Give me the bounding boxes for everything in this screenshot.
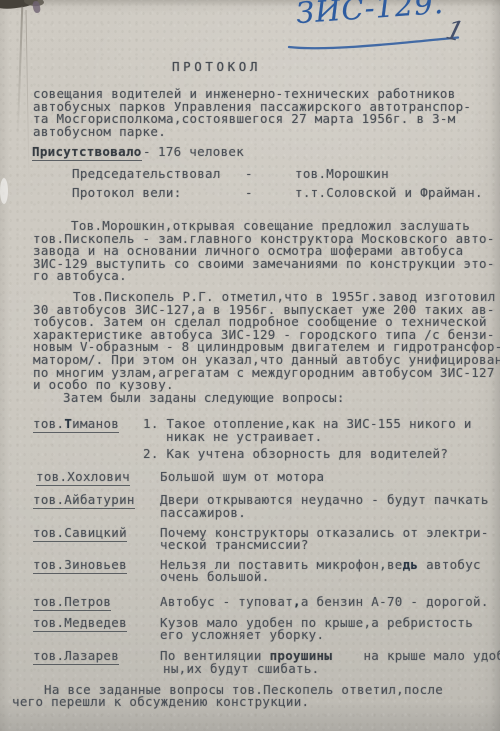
handwritten-underline-stroke	[286, 36, 462, 52]
chairman-name: тов.Морошкин	[295, 168, 389, 181]
paper-crease	[17, 6, 23, 136]
closing-line: чего перешли к обсуждению конструкции.	[12, 696, 309, 709]
secretary-names: т.т.Соловской и Фрайман.	[295, 187, 483, 200]
handwritten-page-number: 1	[445, 24, 465, 41]
speaker-name-text: тов.Хохлович	[36, 469, 130, 486]
question-line: 2. Как учтена обзорность для водителей?	[143, 448, 448, 461]
attendance-row: Присутствовало	[32, 146, 142, 159]
chairman-role: Председательствовал	[72, 168, 221, 181]
speaker-name-text: тов.Айбатурин	[33, 492, 135, 509]
chairman-dash: -	[245, 168, 253, 181]
question-part: на крыше мало удоб	[332, 648, 500, 663]
speaker-name: тов.Тиманов	[33, 418, 119, 431]
speaker-name-text: тов.Петров	[33, 594, 111, 611]
corner-ink-mark	[32, 0, 41, 13]
handwritten-correction: дь	[403, 557, 419, 572]
document-title: ПРОТОКОЛ	[172, 61, 261, 74]
speaker-name: тов.Медведев	[33, 617, 127, 630]
question-line: Автобус - туповат,а бензин А-70 - дорого…	[160, 596, 489, 609]
attendance-value: 176 человек	[158, 146, 244, 159]
question-line: ны,их будут сшибать.	[163, 663, 320, 676]
attendance-dash: -	[143, 146, 151, 159]
secretary-role: Протокол вели:	[72, 187, 182, 200]
paper-crease	[26, 10, 30, 180]
speaker-name: тов.Савицкий	[33, 527, 127, 540]
question-part: Автобус - туповат	[160, 594, 293, 609]
question-line: Большой шум от мотора	[160, 471, 324, 484]
question-part: автобус	[418, 557, 481, 572]
question-line: его усложняет уборку.	[160, 629, 324, 642]
handwritten-correction: ,	[293, 594, 301, 609]
speaker-name: тов.Хохлович	[36, 471, 130, 484]
speaker-name-text: тов.Лазарев	[33, 648, 119, 665]
questions-intro: Затем были заданы следующие вопросы:	[63, 392, 345, 405]
question-line: пассажиров.	[160, 507, 246, 520]
speaker-name: тов.Лазарев	[33, 650, 119, 663]
question-line: ческой трансмиссии?	[160, 539, 309, 552]
preamble-line: автобусном парке.	[33, 126, 166, 139]
speaker-name-part: тов.	[33, 416, 64, 431]
corner-smudge-mark	[0, 0, 39, 11]
handwritten-annotation-zis129: ЗИС-129.	[296, 0, 444, 20]
paragraph-line: го автобуса.	[33, 270, 127, 283]
speaker-name-text: тов.Зиновьев	[33, 557, 127, 574]
speaker-name: тов.Айбатурин	[33, 494, 135, 507]
speaker-name-text: тов.Тиманов	[33, 416, 119, 433]
question-line: никак не устраивает.	[166, 431, 323, 444]
attendance-label: Присутствовало	[32, 144, 142, 161]
speaker-name-text: тов.Савицкий	[33, 525, 127, 542]
handwritten-correction: Т	[64, 416, 72, 431]
question-part: а бензин А-70 - дорогой.	[301, 594, 489, 609]
scanned-protocol-document: ЗИС-129. 1 ПРОТОКОЛ совещания водителей …	[0, 0, 500, 731]
paper-scratch-spot	[0, 178, 8, 204]
question-line: очень большой.	[160, 571, 270, 584]
corner-smudge-mark	[24, 0, 45, 7]
secretary-dash: -	[245, 187, 253, 200]
speaker-name: тов.Зиновьев	[33, 559, 127, 572]
speaker-name: тов.Петров	[33, 596, 111, 609]
speaker-name-text: тов.Медведев	[33, 615, 127, 632]
speaker-name-part: иманов	[72, 416, 119, 431]
